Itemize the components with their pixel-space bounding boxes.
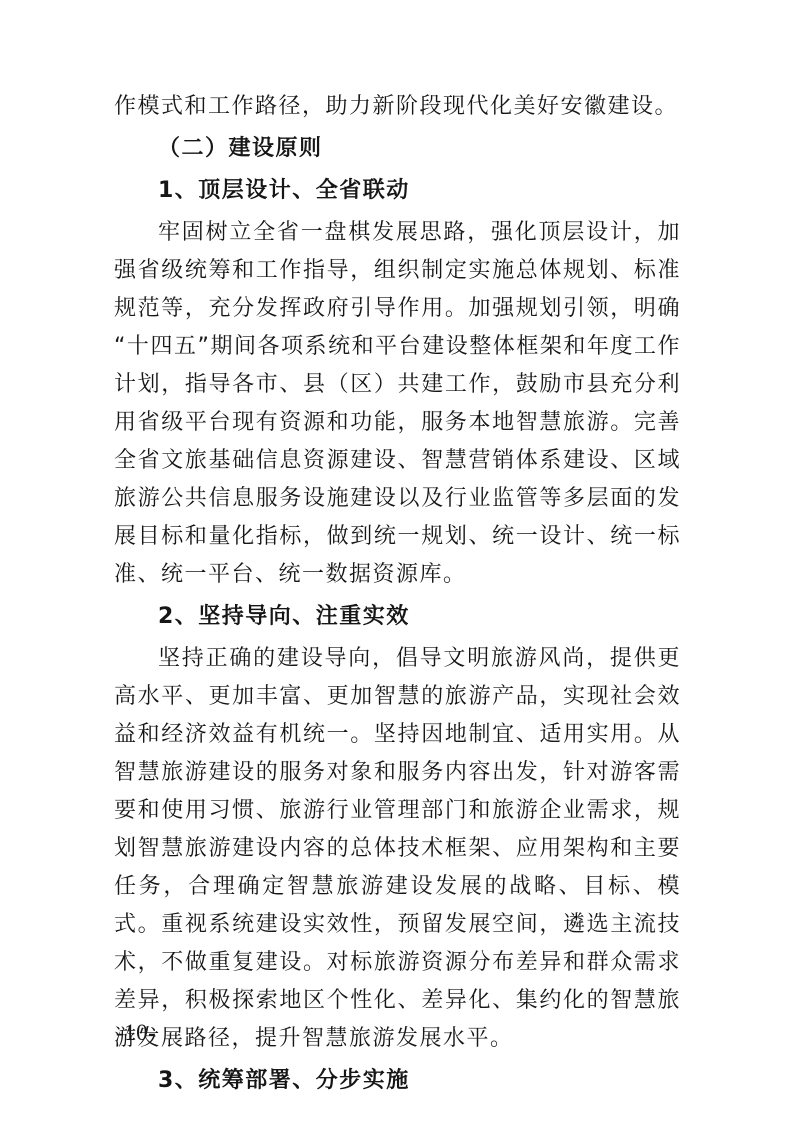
section-heading-level-2: （二）建设原则 bbox=[114, 130, 681, 168]
section-heading-level-3: 2、坚持导向、注重实效 bbox=[114, 598, 681, 636]
body-paragraph: 牢固树立全省一盘棋发展思路，强化顶层设计，加强省级统筹和工作指导，组织制定实施总… bbox=[114, 214, 681, 594]
section-heading-level-3: 1、顶层设计、全省联动 bbox=[114, 172, 681, 210]
document-body: 作模式和工作路径，助力新阶段现代化美好安徽建设。（二）建设原则1、顶层设计、全省… bbox=[114, 88, 681, 1104]
body-paragraph: 作模式和工作路径，助力新阶段现代化美好安徽建设。 bbox=[114, 88, 681, 126]
body-paragraph: 坚持正确的建设导向，倡导文明旅游风尚，提供更高水平、更加丰富、更加智慧的旅游产品… bbox=[114, 640, 681, 1058]
section-heading-level-3: 3、统筹部署、分步实施 bbox=[114, 1062, 681, 1100]
page-number: -10- bbox=[116, 1020, 156, 1046]
document-page: 作模式和工作路径，助力新阶段现代化美好安徽建设。（二）建设原则1、顶层设计、全省… bbox=[0, 0, 793, 1122]
